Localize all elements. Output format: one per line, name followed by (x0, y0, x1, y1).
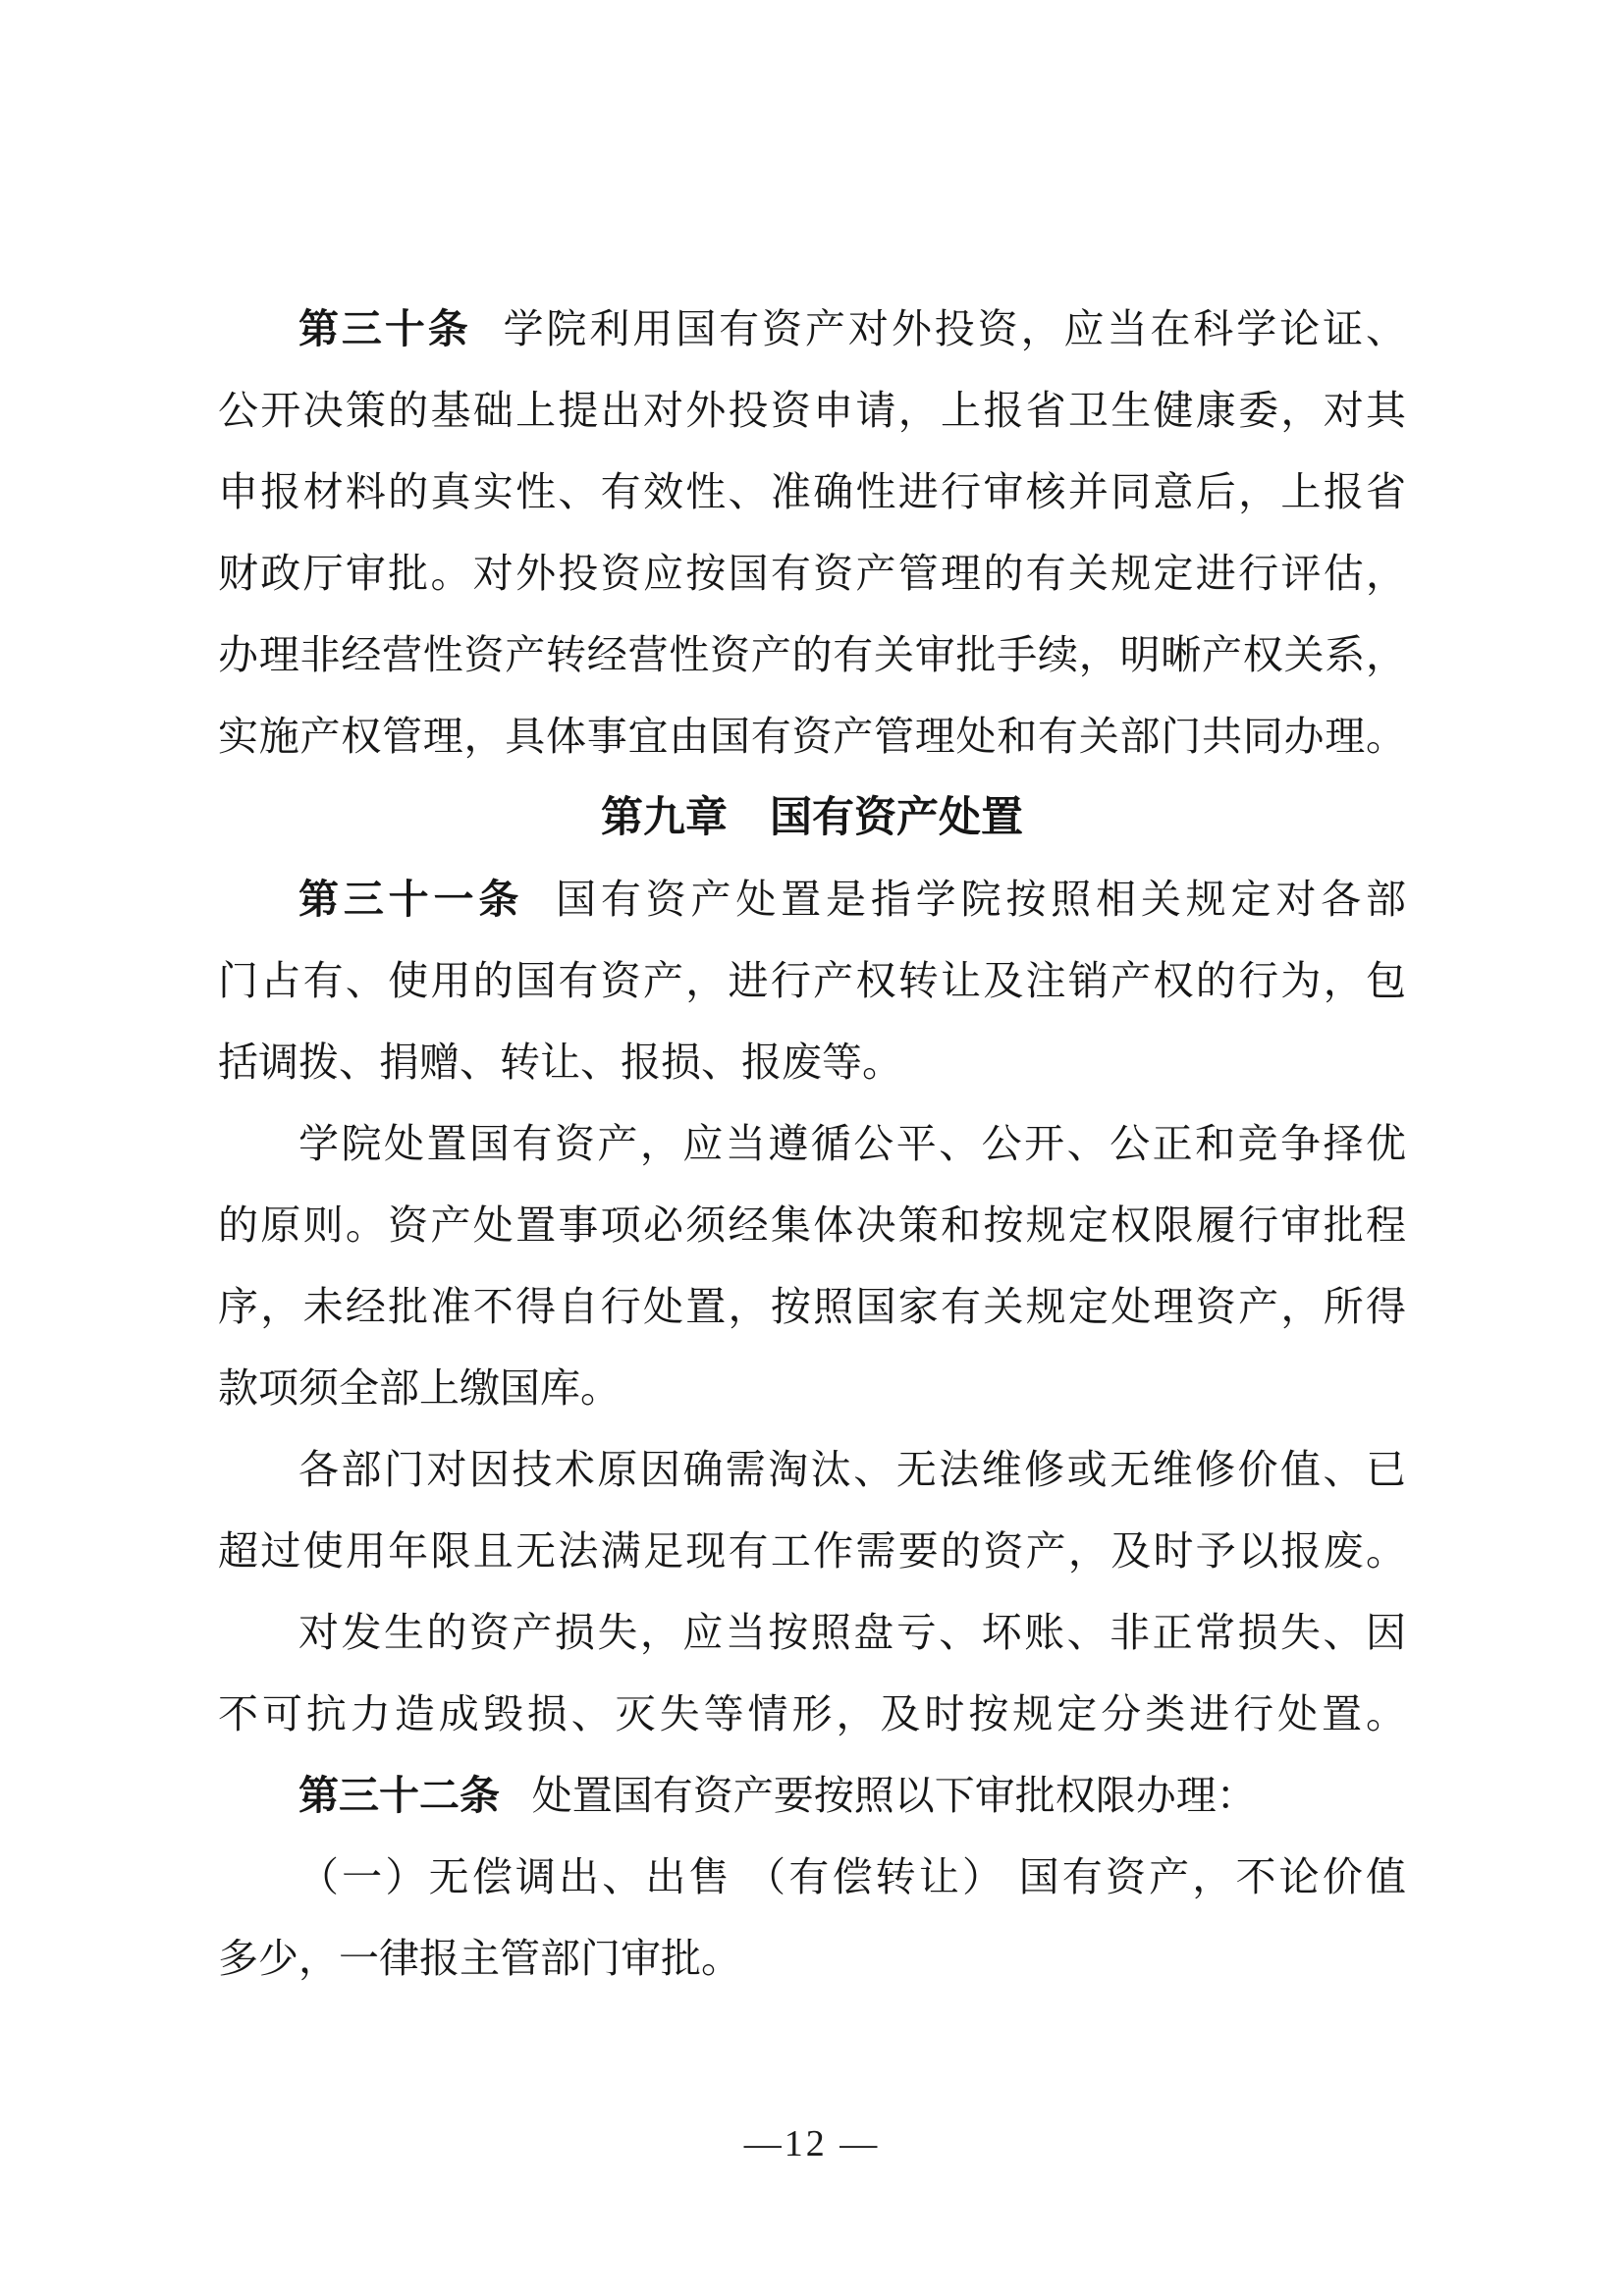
text-line: 第三十条学院利用国有资产对外投资，应当在科学论证、 (218, 289, 1406, 370)
text-run: 序，未经批准不得自行处置，按照国家有关规定处理资产，所得 (218, 1284, 1406, 1329)
text-line: 第三十一条国有资产处置是指学院按照相关规定对各部 (218, 859, 1406, 940)
text-line: 申报材料的真实性、有效性、准确性进行审核并同意后，上报省 (218, 452, 1406, 533)
paragraph-article-31: 第三十一条国有资产处置是指学院按照相关规定对各部 门占有、使用的国有资产，进行产… (218, 859, 1406, 1103)
text-line: 的原则。资产处置事项必须经集体决策和按规定权限履行审批程 (218, 1185, 1406, 1266)
paragraph-scrap-assets: 各部门对因技术原因确需淘汰、无法维修或无维修价值、已 超过使用年限且无法满足现有… (218, 1429, 1406, 1592)
text-line: 序，未经批准不得自行处置，按照国家有关规定处理资产，所得 (218, 1266, 1406, 1348)
text-line: 办理非经营性资产转经营性资产的有关审批手续，明晰产权关系， (218, 614, 1406, 696)
document-page: 第三十条学院利用国有资产对外投资，应当在科学论证、 公开决策的基础上提出对外投资… (0, 0, 1624, 2296)
text-line: 学院处置国有资产，应当遵循公平、公开、公正和竞争择优 (218, 1103, 1406, 1185)
text-run: 对发生的资产损失，应当按照盘亏、坏账、非正常损失、因 (298, 1610, 1406, 1655)
text-run: 款项须全部上缴国库。 (218, 1365, 621, 1411)
text-run: 多少，一律报主管部门审批。 (218, 1936, 741, 1981)
article-31-label: 第三十一条 (298, 877, 523, 922)
text-line: 实施产权管理，具体事宜由国有资产管理处和有关部门共同办理。 (218, 696, 1406, 777)
text-line: 不可抗力造成毁损、灭失等情形，及时按规定分类进行处置。 (218, 1674, 1406, 1755)
paragraph-asset-loss: 对发生的资产损失，应当按照盘亏、坏账、非正常损失、因 不可抗力造成毁损、灭失等情… (218, 1592, 1406, 1755)
text-run: 申报材料的真实性、有效性、准确性进行审核并同意后，上报省 (218, 469, 1406, 514)
text-run: 办理非经营性资产转经营性资产的有关审批手续，明晰产权关系， (218, 632, 1406, 677)
text-line: 财政厅审批。对外投资应按国有资产管理的有关规定进行评估， (218, 533, 1406, 614)
text-line: 括调拨、捐赠、转让、报损、报废等。 (218, 1022, 1406, 1103)
document-body: 第三十条学院利用国有资产对外投资，应当在科学论证、 公开决策的基础上提出对外投资… (218, 289, 1406, 2000)
text-run: 学院处置国有资产，应当遵循公平、公开、公正和竞争择优 (298, 1121, 1406, 1166)
text-run: 学院利用国有资产对外投资，应当在科学论证、 (504, 306, 1407, 351)
text-run: 财政厅审批。对外投资应按国有资产管理的有关规定进行评估， (218, 551, 1406, 596)
text-run: 处置国有资产要按照以下审批权限办理： (532, 1773, 1257, 1818)
text-run: 实施产权管理，具体事宜由国有资产管理处和有关部门共同办理。 (218, 714, 1406, 759)
text-line: 门占有、使用的国有资产，进行产权转让及注销产权的行为，包 (218, 940, 1406, 1022)
text-line: （一）无偿调出、出售 （有偿转让） 国有资产，不论价值 (218, 1837, 1406, 1918)
text-run: 国有资产处置是指学院按照相关规定对各部 (556, 877, 1406, 922)
text-run: （一）无偿调出、出售 （有偿转让） 国有资产，不论价值 (298, 1854, 1406, 1899)
text-run: 门占有、使用的国有资产，进行产权转让及注销产权的行为，包 (218, 958, 1406, 1003)
text-run: 超过使用年限且无法满足现有工作需要的资产，及时予以报废。 (218, 1528, 1406, 1574)
text-line: 超过使用年限且无法满足现有工作需要的资产，及时予以报废。 (218, 1511, 1406, 1592)
article-30-label: 第三十条 (298, 306, 471, 351)
chapter-9-heading: 第九章 国有资产处置 (218, 777, 1406, 859)
text-run: 各部门对因技术原因确需淘汰、无法维修或无维修价值、已 (298, 1447, 1406, 1492)
article-32-label: 第三十二条 (298, 1773, 500, 1818)
paragraph-disposal-principles: 学院处置国有资产，应当遵循公平、公开、公正和竞争择优 的原则。资产处置事项必须经… (218, 1103, 1406, 1429)
text-run: 不可抗力造成毁损、灭失等情形，及时按规定分类进行处置。 (218, 1691, 1406, 1736)
text-line: 款项须全部上缴国库。 (218, 1348, 1406, 1429)
page-number: —12 — (0, 2122, 1624, 2165)
text-run: 的原则。资产处置事项必须经集体决策和按规定权限履行审批程 (218, 1202, 1406, 1248)
text-run: 括调拨、捐赠、转让、报损、报废等。 (218, 1040, 902, 1085)
paragraph-article-30: 第三十条学院利用国有资产对外投资，应当在科学论证、 公开决策的基础上提出对外投资… (218, 289, 1406, 777)
text-line: 公开决策的基础上提出对外投资申请，上报省卫生健康委，对其 (218, 370, 1406, 452)
text-line: 对发生的资产损失，应当按照盘亏、坏账、非正常损失、因 (218, 1592, 1406, 1674)
text-run: 公开决策的基础上提出对外投资申请，上报省卫生健康委，对其 (218, 388, 1406, 433)
paragraph-article-32: 第三十二条处置国有资产要按照以下审批权限办理： (218, 1755, 1406, 1837)
text-line: 各部门对因技术原因确需淘汰、无法维修或无维修价值、已 (218, 1429, 1406, 1511)
paragraph-item-1: （一）无偿调出、出售 （有偿转让） 国有资产，不论价值 多少，一律报主管部门审批… (218, 1837, 1406, 2000)
text-line: 第三十二条处置国有资产要按照以下审批权限办理： (218, 1755, 1406, 1837)
text-line: 多少，一律报主管部门审批。 (218, 1918, 1406, 2000)
